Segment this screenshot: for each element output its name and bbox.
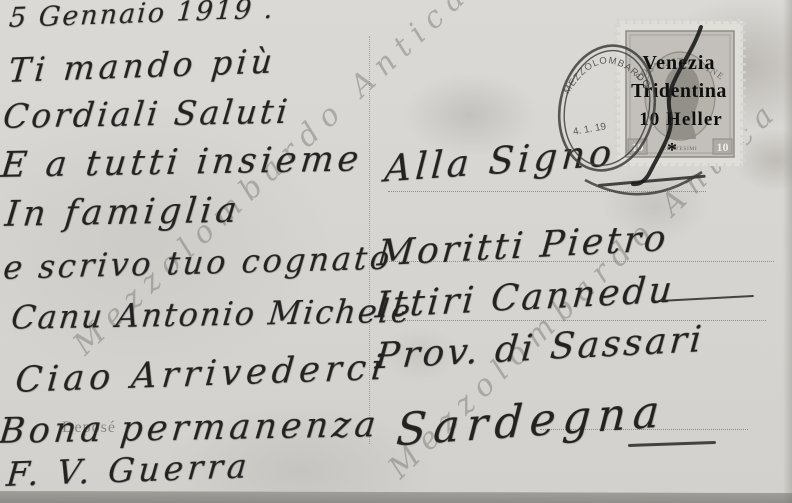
message-line: Ciao Arrivederci xyxy=(14,350,389,400)
stamp-and-postmark-area: POSTE ITALIANE 10 10 CENTESIMI Venezia T… xyxy=(490,0,792,230)
address-line-province: Prov. di Sassari xyxy=(374,321,706,376)
scan-edge-right xyxy=(783,0,792,503)
pen-flourish-stroke xyxy=(628,441,716,447)
message-line: F. V. Guerra xyxy=(5,449,252,492)
postcard-scan: Mezzolombardo Antica .it Mezzolombardo A… xyxy=(0,0,792,503)
message-line: Cordiali Saluti xyxy=(1,95,291,135)
message-line: e scrivo tuo cognato xyxy=(2,242,394,286)
message-line: Ti mando più xyxy=(7,45,278,89)
message-line: Canu Antonio Michele xyxy=(9,295,413,336)
message-line: In famiglia xyxy=(3,193,242,234)
scan-edge-bottom xyxy=(0,491,792,503)
postmark-date: 4. 1. 19 xyxy=(572,121,607,138)
message-line: E a tutti insieme xyxy=(0,142,364,185)
handwritten-date: 5 Gennaio 1919 . xyxy=(8,0,275,33)
stamp-denomination-right: 10 xyxy=(717,140,729,154)
address-line-region: Sardegna xyxy=(395,389,668,454)
postcard-back: Mezzolombardo Antica .it Mezzolombardo A… xyxy=(0,0,792,494)
address-line-town: Ittiri Cannedu xyxy=(374,271,677,325)
message-line: Bona permanenza xyxy=(0,407,381,450)
overprint-star: * xyxy=(667,139,677,161)
